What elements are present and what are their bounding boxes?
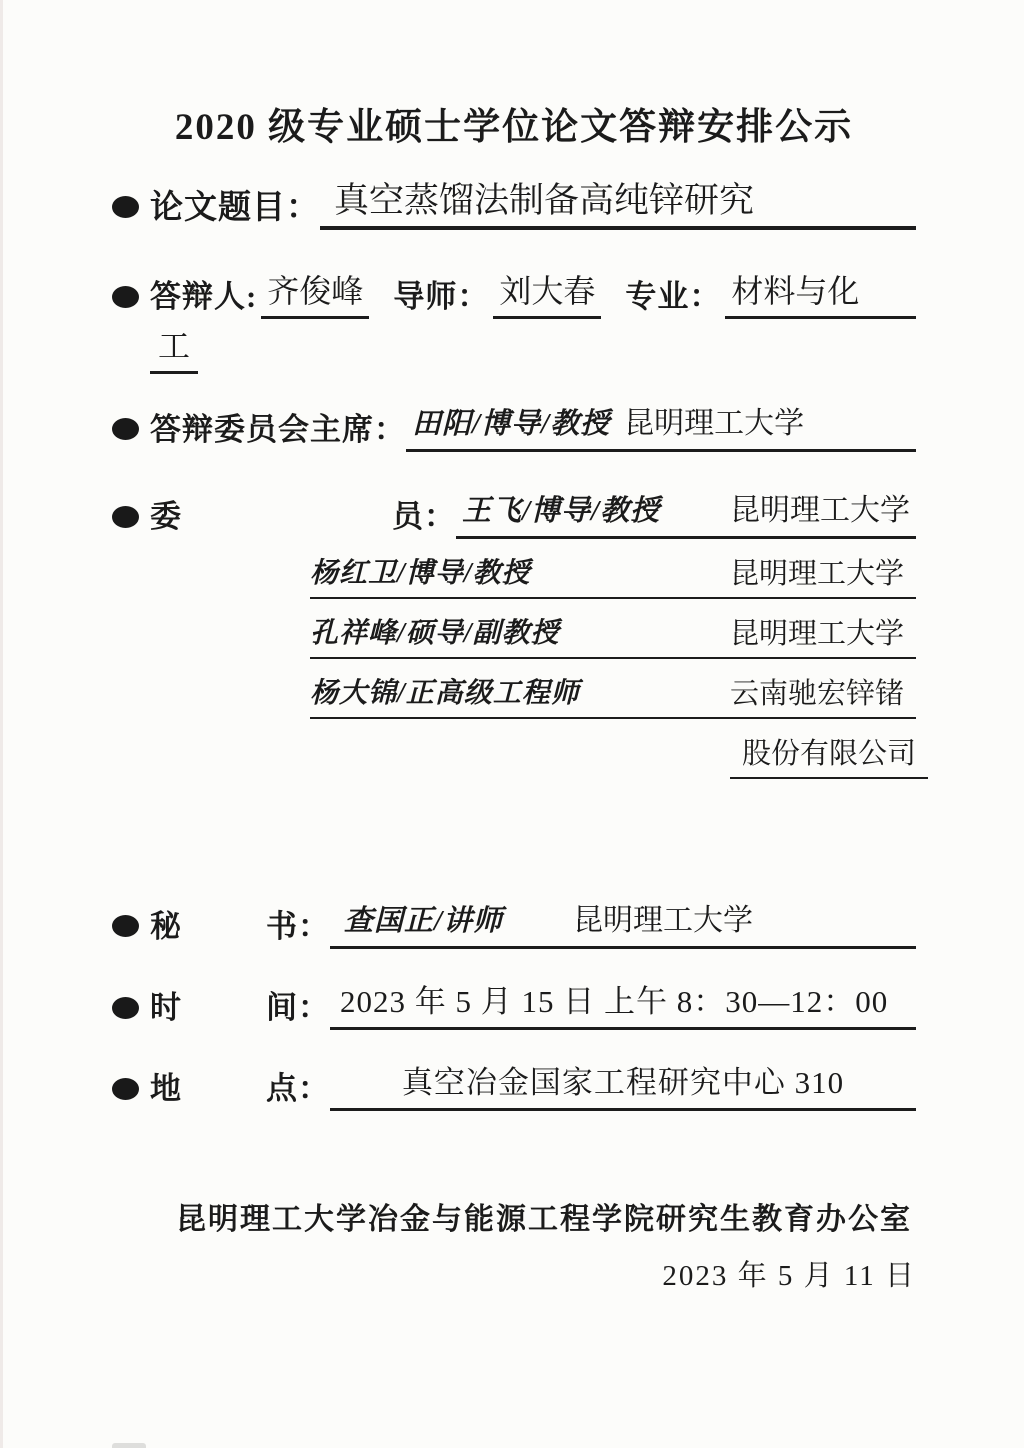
member-name: 王飞/博导/教授 bbox=[462, 490, 660, 532]
defender-label: 答辩人: bbox=[150, 275, 257, 319]
time-label: 时间： bbox=[150, 986, 330, 1030]
bullet-icon bbox=[112, 915, 139, 937]
member-name: 杨红卫/博导/教授 bbox=[310, 555, 531, 593]
member-affiliation: 昆明理工大学 bbox=[730, 490, 910, 532]
members-row: 委员： 王飞/博导/教授昆明理工大学 bbox=[112, 490, 916, 539]
member-name: 杨大锦/正高级工程师 bbox=[310, 675, 580, 713]
bullet-icon bbox=[112, 196, 139, 218]
people-row: 答辩人: 齐俊峰 导师： 刘大春 专业： 材料与化 bbox=[112, 270, 916, 319]
time-row: 时间： 2023 年 5 月 15 日 上午 8：30—12：00 bbox=[112, 981, 916, 1030]
major-value-line1: 材料与化 bbox=[725, 270, 916, 319]
member-row: 杨大锦/正高级工程师 云南驰宏锌锗 bbox=[310, 675, 916, 719]
chair-label: 答辩委员会主席： bbox=[150, 408, 406, 452]
scan-edge-artifact bbox=[0, 0, 3, 1448]
member-first-value: 王飞/博导/教授昆明理工大学 bbox=[456, 490, 916, 539]
secretary-value: 查国正/讲师昆明理工大学 bbox=[330, 899, 916, 949]
bullet-icon bbox=[112, 506, 139, 528]
scan-artifact bbox=[112, 1443, 146, 1448]
thesis-title-row: 论文题目： 真空蒸馏法制备高纯锌研究 bbox=[112, 180, 916, 230]
defender-value: 齐俊峰 bbox=[261, 270, 369, 319]
members-label: 委员： bbox=[150, 495, 456, 539]
footer-date: 2023 年 5 月 11 日 bbox=[112, 1259, 916, 1293]
member-row: 孔祥峰/硕导/副教授 昆明理工大学 bbox=[310, 615, 916, 659]
member-affiliation: 云南驰宏锌锗 bbox=[730, 675, 916, 713]
thesis-title-value: 真空蒸馏法制备高纯锌研究 bbox=[320, 180, 916, 230]
member-affiliation-continuation: 股份有限公司 bbox=[730, 735, 928, 779]
bullet-icon bbox=[112, 1078, 139, 1100]
bullet-icon bbox=[112, 418, 139, 440]
chair-name: 田阳/博导/教授 bbox=[412, 408, 610, 440]
chair-row: 答辩委员会主席： 田阳/博导/教授昆明理工大学 bbox=[112, 402, 916, 452]
member-name: 孔祥峰/硕导/副教授 bbox=[310, 615, 560, 653]
secretary-affiliation: 昆明理工大学 bbox=[573, 904, 753, 937]
document-content: 2020 级专业硕士学位论文答辩安排公示 论文题目： 真空蒸馏法制备高纯锌研究 … bbox=[0, 0, 1024, 1293]
major-value-line2: 工 bbox=[150, 325, 198, 374]
scanned-document-page: { "colors": { "ink": "#1b1b1b", "paper":… bbox=[0, 0, 1024, 1448]
major-wrap-row: 工 bbox=[150, 325, 916, 374]
major-label: 专业： bbox=[625, 275, 721, 319]
secretary-label: 秘书： bbox=[150, 905, 330, 949]
supervisor-label: 导师： bbox=[393, 275, 489, 319]
thesis-title-label: 论文题目： bbox=[150, 186, 320, 230]
member-affiliation: 昆明理工大学 bbox=[730, 555, 916, 593]
secretary-row: 秘书： 查国正/讲师昆明理工大学 bbox=[112, 899, 916, 949]
member-affiliation: 昆明理工大学 bbox=[730, 615, 916, 653]
chair-value: 田阳/博导/教授昆明理工大学 bbox=[406, 402, 916, 452]
time-value: 2023 年 5 月 15 日 上午 8：30—12：00 bbox=[330, 981, 916, 1030]
secretary-name: 查国正/讲师 bbox=[336, 905, 503, 937]
venue-row: 地点： 真空冶金国家工程研究中心 310 bbox=[112, 1062, 916, 1111]
chair-affiliation: 昆明理工大学 bbox=[624, 407, 804, 440]
page-title: 2020 级专业硕士学位论文答辩安排公示 bbox=[112, 104, 916, 152]
bullet-icon bbox=[112, 997, 139, 1019]
bullet-icon bbox=[112, 286, 139, 308]
venue-label: 地点： bbox=[150, 1067, 330, 1111]
footer-office: 昆明理工大学冶金与能源工程学院研究生教育办公室 bbox=[172, 1203, 916, 1237]
venue-value: 真空冶金国家工程研究中心 310 bbox=[330, 1062, 916, 1111]
member-row: 杨红卫/博导/教授 昆明理工大学 bbox=[310, 555, 916, 599]
supervisor-value: 刘大春 bbox=[493, 270, 601, 319]
